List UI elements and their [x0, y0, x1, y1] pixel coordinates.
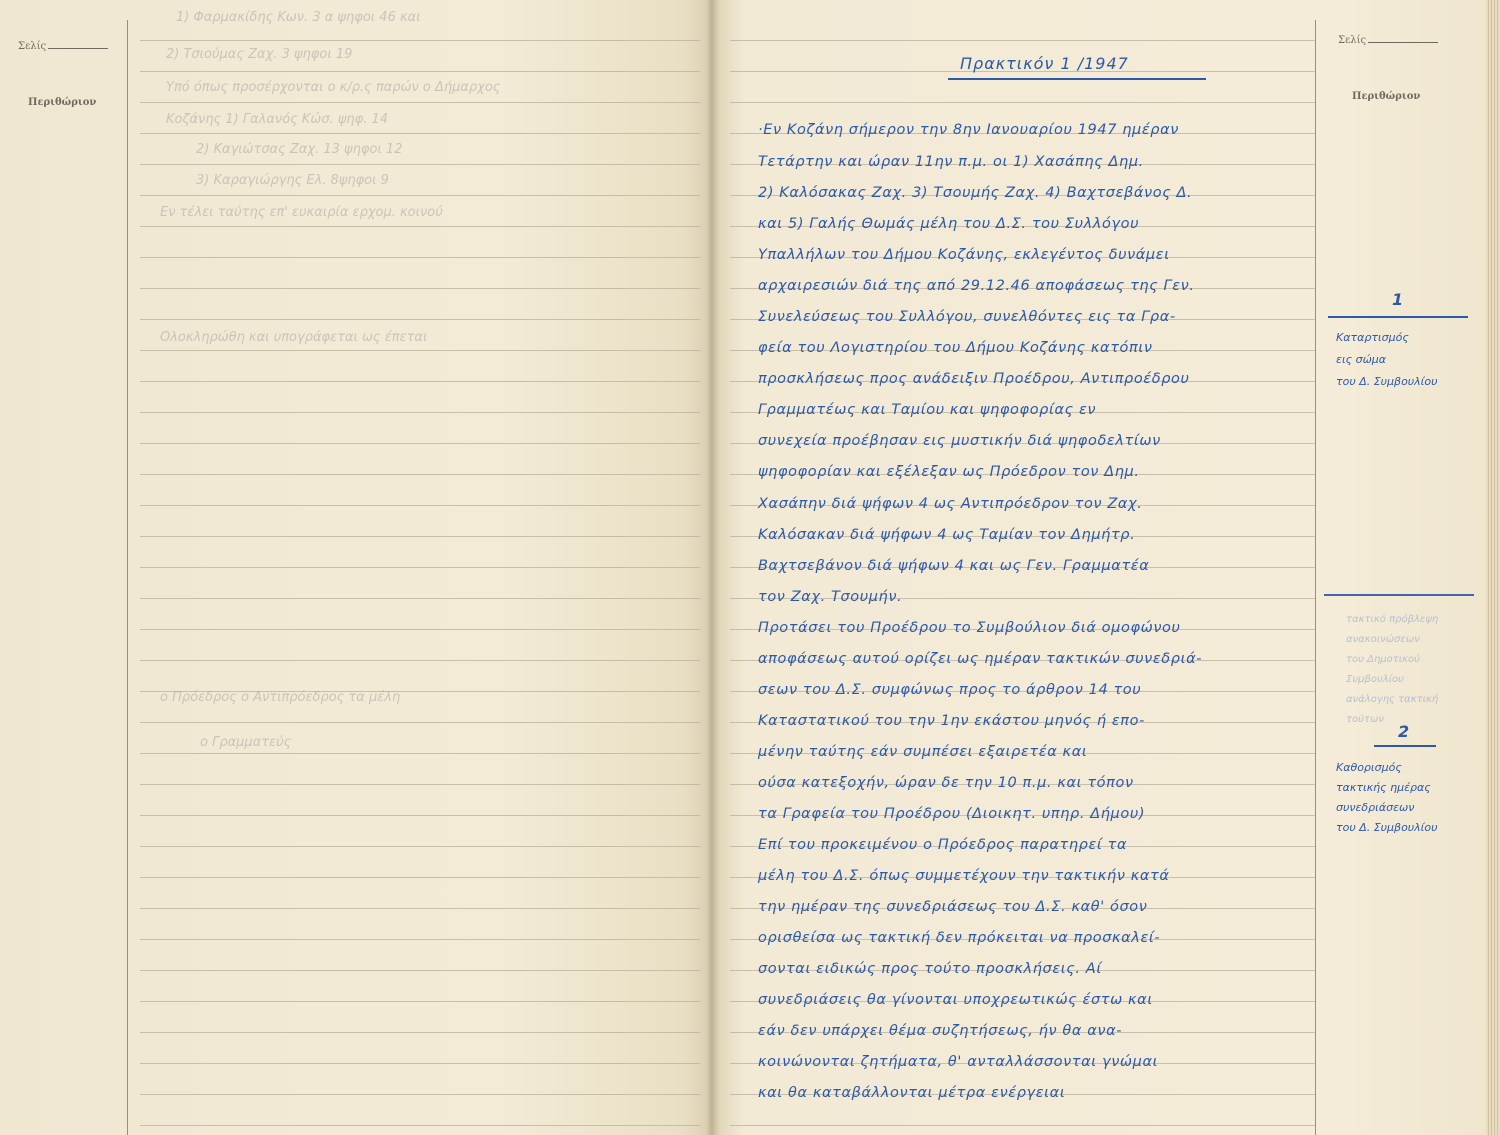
margin-note-number: 2	[1398, 722, 1409, 741]
body-line: σονται ειδικώς προς τούτο προσκλήσεις. Α…	[758, 959, 1318, 979]
ruled-line	[140, 319, 700, 320]
body-line: Καταστατικού του την 1ην εκάστου μηνός ή…	[758, 711, 1318, 731]
ruled-line	[140, 908, 700, 909]
body-line: κοινώνονται ζητήματα, θ' ανταλλάσσονται …	[758, 1052, 1318, 1072]
margin-show-through: ανάλογης τακτική	[1346, 692, 1438, 708]
ruled-line	[140, 722, 700, 723]
body-line: ψηφοφορίαν και εξέλεξαν ως Πρόεδρον τον …	[758, 462, 1318, 482]
body-line: Συνελεύσεως του Συλλόγου, συνελθόντες ει…	[758, 307, 1318, 327]
title-underline	[948, 78, 1206, 80]
body-line: αποφάσεως αυτού ορίζει ως ημέραν τακτικώ…	[758, 649, 1318, 669]
margin-note-line: του Δ. Συμβουλίου	[1336, 818, 1438, 838]
margin-show-through: του Δημοτικού	[1346, 652, 1420, 668]
margin-show-through: ανακοινώσεων	[1346, 632, 1420, 648]
margin-note-line: εις σώμα	[1336, 350, 1386, 370]
page-label-text: Σελίς	[1338, 35, 1366, 46]
show-through-line: 3) Καραγιώργης Ελ. 8ψηφοι 9	[196, 173, 389, 188]
ledger-spread: Σελίς Περιθώριον 1) Φαρμακίδης Κων. 3 α …	[0, 0, 1500, 1135]
ruled-line	[140, 1063, 700, 1064]
right-page-number-label: Σελίς	[1338, 35, 1438, 46]
margin-divider	[1324, 594, 1474, 596]
body-line: Υπαλλήλων του Δήμου Κοζάνης, εκλεγέντος …	[758, 245, 1318, 265]
body-line: ούσα κατεξοχήν, ώραν δε την 10 π.μ. και …	[758, 773, 1318, 793]
show-through-line: Ολοκληρώθη και υπογράφεται ως έπεται	[160, 330, 427, 345]
margin-show-through: Συμβουλίου	[1346, 672, 1404, 688]
margin-note-line: του Δ. Συμβουλίου	[1336, 372, 1438, 392]
ruled-line	[140, 40, 700, 41]
ruled-line	[140, 970, 700, 971]
margin-note-line: συνεδριάσεων	[1336, 798, 1414, 818]
body-line: μέλη του Δ.Σ. όπως συμμετέχουν την τακτι…	[758, 866, 1318, 886]
left-margin-label: Περιθώριον	[28, 97, 96, 108]
ruled-line	[140, 939, 700, 940]
ruled-line	[140, 1001, 700, 1002]
margin-note-line: τακτικής ημέρας	[1336, 778, 1431, 798]
ruled-line	[140, 660, 700, 661]
show-through-line: 1) Φαρμακίδης Κων. 3 α ψηφοι 46 και	[176, 10, 421, 25]
body-line: εάν δεν υπάρχει θέμα συζητήσεως, ήν θα α…	[758, 1021, 1318, 1041]
left-page-number-label: Σελίς	[18, 41, 108, 52]
ruled-line	[140, 71, 700, 72]
body-line: Χασάπην διά ψήφων 4 ως Αντιπρόεδρον τον …	[758, 494, 1318, 514]
ruled-line	[140, 381, 700, 382]
ruled-line	[140, 226, 700, 227]
ruled-line	[140, 598, 700, 599]
ruled-line	[140, 164, 700, 165]
ruled-line	[140, 102, 700, 103]
ruled-line	[140, 846, 700, 847]
ruled-line	[140, 474, 700, 475]
body-line: τα Γραφεία του Προέδρου (Διοικητ. υπηρ. …	[758, 804, 1318, 824]
body-line: ορισθείσα ως τακτική δεν πρόκειται να πρ…	[758, 928, 1318, 948]
body-line: τον Ζαχ. Τσουμήν.	[758, 587, 1318, 607]
body-line: προσκλήσεως προς ανάδειξιν Προέδρου, Αντ…	[758, 369, 1318, 389]
body-line: Γραμματέως και Ταμίου και ψηφοφορίας εν	[758, 400, 1318, 420]
ruled-line	[140, 753, 700, 754]
margin-show-through: τούτων	[1346, 712, 1384, 728]
body-line: μένην ταύτης εάν συμπέσει εξαιρετέα και	[758, 742, 1318, 762]
ruled-line	[140, 1032, 700, 1033]
ruled-line	[730, 1125, 1315, 1126]
ruled-line	[140, 1094, 700, 1095]
body-line: Βαχτσεβάνον διά ψήφων 4 και ως Γεν. Γραμ…	[758, 556, 1318, 576]
body-line: Προτάσει του Προέδρου το Συμβούλιον διά …	[758, 618, 1318, 638]
ruled-line	[140, 784, 700, 785]
margin-note-divider	[1374, 745, 1436, 747]
ruled-line	[140, 1125, 700, 1126]
ruled-line	[140, 195, 700, 196]
minutes-title: Πρακτικόν 1 /1947	[960, 54, 1129, 73]
body-line: συνεδριάσεις θα γίνονται υποχρεωτικώς έσ…	[758, 990, 1318, 1010]
ruled-line	[140, 350, 700, 351]
body-line: σεων του Δ.Σ. συμφώνως προς το άρθρον 14…	[758, 680, 1318, 700]
body-line: την ημέραν της συνεδριάσεως του Δ.Σ. καθ…	[758, 897, 1318, 917]
ruled-line	[140, 133, 700, 134]
show-through-line: ο Γραμματεύς	[200, 735, 291, 750]
margin-note-line: Καταρτισμός	[1336, 328, 1409, 348]
ruled-line	[140, 443, 700, 444]
margin-note-line: Καθορισμός	[1336, 758, 1402, 778]
body-line: ·Εν Κοζάνη σήμερον την 8ην Ιανουαρίου 19…	[758, 120, 1318, 140]
ruled-line	[140, 257, 700, 258]
ruled-line	[140, 629, 700, 630]
margin-show-through: τακτικό πρόβλεψη	[1346, 612, 1438, 628]
ruled-line	[140, 877, 700, 878]
show-through-line: Κοζάνης 1) Γαλανός Κώσ. ψηφ. 14	[166, 112, 388, 127]
ruled-line	[140, 412, 700, 413]
page-edges	[1486, 0, 1500, 1135]
left-page: Σελίς Περιθώριον 1) Φαρμακίδης Κων. 3 α …	[0, 0, 712, 1135]
body-line: Τετάρτην και ώραν 11ην π.μ. οι 1) Χασάπη…	[758, 152, 1318, 172]
show-through-line: Υπό όπως προσέρχονται ο κ/ρ.ς παρών ο Δή…	[166, 80, 500, 95]
show-through-line: 2) Τσιούμας Ζαχ. 3 ψηφοι 19	[166, 47, 352, 62]
show-through-line: Εν τέλει ταύτης επ' ευκαιρία ερχομ. κοιν…	[160, 205, 443, 220]
body-line: 2) Καλόσακας Ζαχ. 3) Τσουμής Ζαχ. 4) Βαχ…	[758, 183, 1318, 203]
book-spine	[706, 0, 720, 1135]
margin-note-number: 1	[1392, 290, 1403, 309]
page-number-blank	[1368, 42, 1438, 43]
right-margin-label: Περιθώριον	[1352, 91, 1420, 102]
page-number-blank	[48, 48, 108, 49]
body-line: και 5) Γαλής Θωμάς μέλη του Δ.Σ. του Συλ…	[758, 214, 1318, 234]
ruled-line	[140, 505, 700, 506]
body-line: και θα καταβάλλονται μέτρα ενέργειαι	[758, 1083, 1318, 1103]
body-line: Καλόσακαν διά ψήφων 4 ως Ταμίαν τον Δημή…	[758, 525, 1318, 545]
body-line: αρχαιρεσιών διά της από 29.12.46 αποφάσε…	[758, 276, 1318, 296]
body-line: Επί του προκειμένου ο Πρόεδρος παρατηρεί…	[758, 835, 1318, 855]
ruled-line	[730, 102, 1315, 103]
show-through-line: ο Πρόεδρος ο Αντιπρόεδρος τα μέλη	[160, 690, 400, 705]
ruled-line	[140, 288, 700, 289]
ruled-line	[730, 40, 1315, 41]
ruled-line	[140, 567, 700, 568]
body-line: συνεχεία προέβησαν εις μυστικήν διά ψηφο…	[758, 431, 1318, 451]
left-margin-line	[127, 20, 128, 1135]
body-line: φεία του Λογιστηρίου του Δήμου Κοζάνης κ…	[758, 338, 1318, 358]
ruled-line	[140, 815, 700, 816]
ruled-line	[140, 536, 700, 537]
page-label-text: Σελίς	[18, 41, 46, 52]
show-through-line: 2) Καγιώτσας Ζαχ. 13 ψηφοι 12	[196, 142, 402, 157]
margin-note-divider	[1328, 316, 1468, 318]
